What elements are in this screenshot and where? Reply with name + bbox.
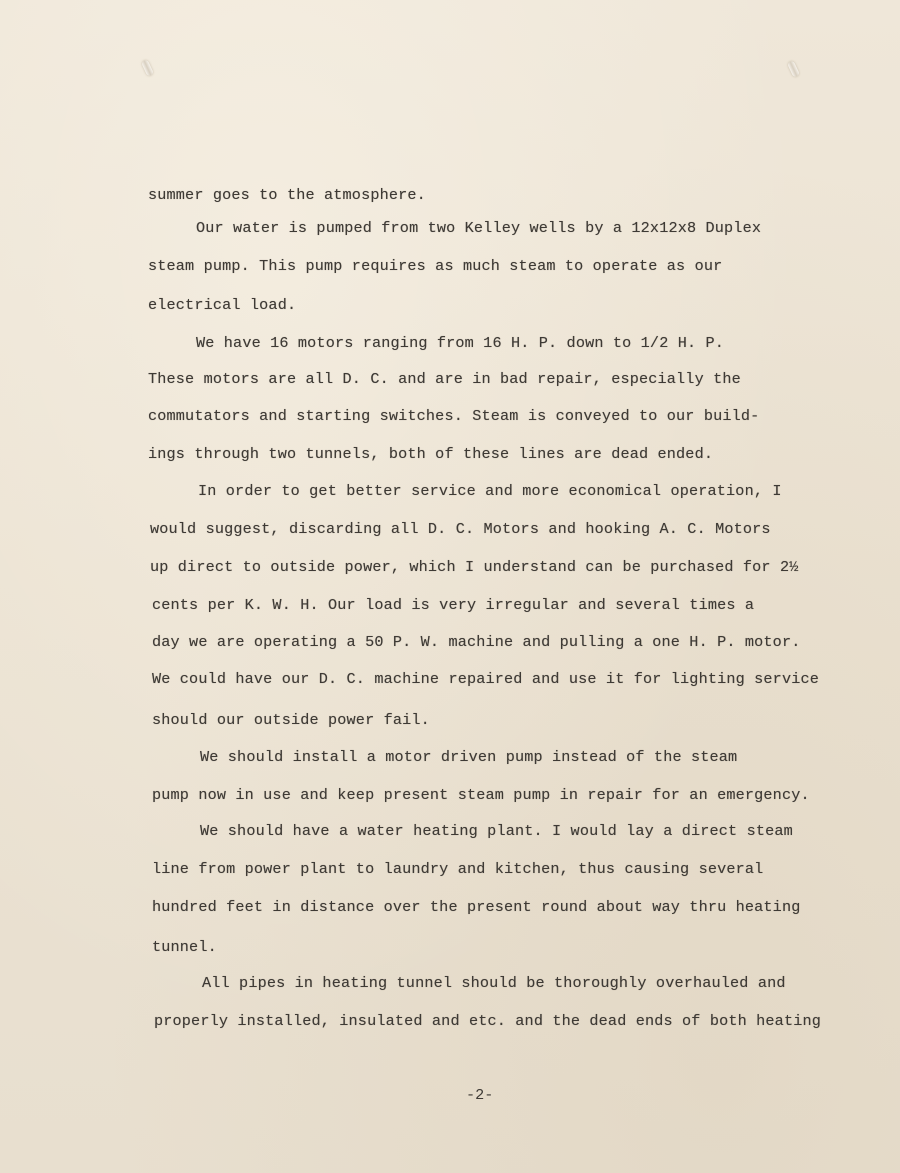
text-line: commutators and starting switches. Steam… — [148, 407, 759, 425]
text-line: tunnel. — [152, 938, 217, 956]
text-line: line from power plant to laundry and kit… — [152, 860, 763, 878]
text-line: hundred feet in distance over the presen… — [152, 898, 800, 916]
text-line: All pipes in heating tunnel should be th… — [202, 974, 786, 992]
page-number: -2- — [466, 1086, 493, 1104]
text-line: should our outside power fail. — [152, 711, 430, 729]
text-line: These motors are all D. C. and are in ba… — [148, 370, 741, 388]
staple-mark — [141, 59, 154, 76]
text-line: up direct to outside power, which I unde… — [150, 558, 798, 576]
text-line: cents per K. W. H. Our load is very irre… — [152, 596, 754, 614]
text-line: ings through two tunnels, both of these … — [148, 445, 713, 463]
text-line: We should have a water heating plant. I … — [200, 822, 793, 840]
staple-mark — [787, 60, 800, 77]
text-line: day we are operating a 50 P. W. machine … — [152, 633, 800, 651]
text-line: In order to get better service and more … — [198, 482, 782, 500]
text-line: summer goes to the atmosphere. — [148, 186, 426, 204]
text-line: electrical load. — [148, 296, 296, 314]
text-line: We could have our D. C. machine repaired… — [152, 670, 819, 688]
document-page: summer goes to the atmosphere. Our water… — [0, 0, 900, 1173]
text-line: would suggest, discarding all D. C. Moto… — [150, 520, 771, 538]
text-line: pump now in use and keep present steam p… — [152, 786, 810, 804]
text-line: properly installed, insulated and etc. a… — [154, 1012, 821, 1030]
text-line: We have 16 motors ranging from 16 H. P. … — [196, 334, 724, 352]
text-line: steam pump. This pump requires as much s… — [148, 257, 722, 275]
text-line: We should install a motor driven pump in… — [200, 748, 737, 766]
text-line: Our water is pumped from two Kelley well… — [196, 219, 761, 237]
